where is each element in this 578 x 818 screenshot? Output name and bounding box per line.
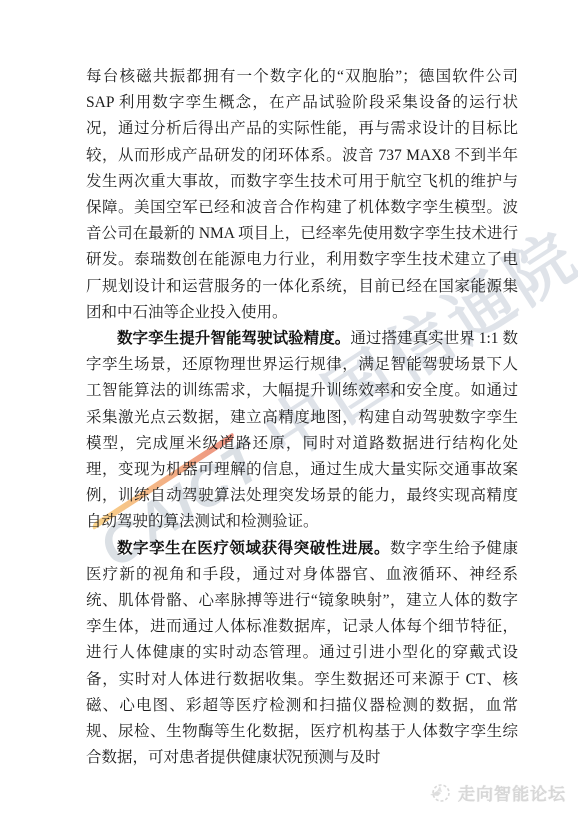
paragraph-text: 通过搭建真实世界 1:1 数字孪生场景，还原物理世界运行规律，满足智能驾驶场景下… xyxy=(86,330,518,530)
paragraph-smart-driving: 数字孪生提升智能驾驶试验精度。通过搭建真实世界 1:1 数字孪生场景，还原物理世… xyxy=(86,326,518,536)
brand-watermark: 走向智能论坛 xyxy=(428,780,566,805)
bird-logo-icon xyxy=(428,781,452,805)
paragraph-medical-field: 数字孪生在医疗领域获得突破性进展。数字孪生给予健康医疗新的视角和手段，通过对身体… xyxy=(86,536,518,772)
document-body: 每台核磁共振都拥有一个数字化的“双胞胎”；德国软件公司 SAP 利用数字孪生概念… xyxy=(86,64,518,771)
paragraph-bold-lead: 数字孪生提升智能驾驶试验精度。 xyxy=(117,330,350,347)
paragraph-text: 每台核磁共振都拥有一个数字化的“双胞胎”；德国软件公司 SAP 利用数字孪生概念… xyxy=(86,68,518,321)
paragraph-bold-lead: 数字孪生在医疗领域获得突破性进展。 xyxy=(117,540,390,557)
paragraph-digital-twin-industry: 每台核磁共振都拥有一个数字化的“双胞胎”；德国软件公司 SAP 利用数字孪生概念… xyxy=(86,64,518,326)
brand-label: 走向智能论坛 xyxy=(458,780,566,805)
paragraph-text: 数字孪生给予健康医疗新的视角和手段，通过对身体器官、血液循环、神经系统、肌体骨骼… xyxy=(86,540,518,767)
document-page: CAICT 中国信通院 每台核磁共振都拥有一个数字化的“双胞胎”；德国软件公司 … xyxy=(0,0,578,818)
page-number: 7 xyxy=(0,746,578,761)
